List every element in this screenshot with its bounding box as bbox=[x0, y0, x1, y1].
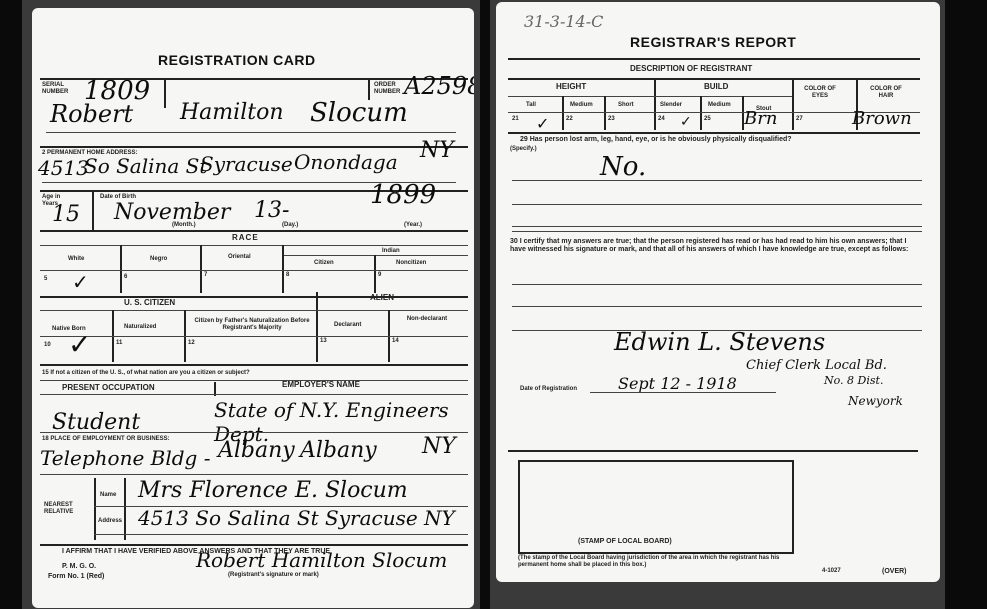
eyes-heading: COLOR OF EYES bbox=[802, 86, 838, 100]
form-code-1: P. M. G. O. bbox=[62, 563, 96, 570]
relative-name: Mrs Florence E. Slocum bbox=[138, 478, 408, 503]
hair-heading: COLOR OF HAIR bbox=[866, 86, 906, 100]
certify-text: 30 I certify that my answers are true; t… bbox=[510, 238, 922, 254]
build-heading: BUILD bbox=[704, 82, 728, 91]
fathers-naturalization-label: Citizen by Father's Naturalization Befor… bbox=[194, 318, 310, 332]
registrars-report-card: 31-3-14-C REGISTRAR'S REPORT DESCRIPTION… bbox=[496, 2, 940, 582]
registrar-signature: Edwin L. Stevens bbox=[614, 328, 825, 356]
place-state: NY bbox=[422, 434, 456, 459]
dob-day-label: (Day.) bbox=[282, 222, 298, 229]
address-state: NY bbox=[420, 138, 454, 163]
age-value: 15 bbox=[52, 202, 80, 227]
disability-answer: No. bbox=[600, 152, 646, 182]
disability-question: 29 Has person lost arm, leg, hand, eye, … bbox=[520, 136, 792, 143]
height-heading: HEIGHT bbox=[556, 82, 586, 91]
registrar-title-2: No. 8 Dist. bbox=[824, 374, 883, 387]
description-heading: DESCRIPTION OF REGISTRANT bbox=[630, 64, 752, 73]
non-declarant-label: Non-declarant bbox=[402, 316, 452, 323]
serial-label: SERIAL NUMBER bbox=[42, 82, 72, 96]
height-medium-label: Medium bbox=[570, 102, 593, 109]
form-code-2: Form No. 1 (Red) bbox=[48, 573, 104, 580]
place-label: 18 PLACE OF EMPLOYMENT OR BUSINESS: bbox=[42, 436, 170, 443]
address-street: So Salina St bbox=[84, 154, 207, 178]
date-value: Sept 12 - 1918 bbox=[618, 374, 737, 393]
report-title: REGISTRAR'S REPORT bbox=[630, 34, 796, 50]
registrant-signature: Robert Hamilton Slocum bbox=[196, 548, 447, 572]
place-county: Albany bbox=[300, 438, 377, 463]
build-medium-label: Medium bbox=[708, 102, 731, 109]
over-label: (OVER) bbox=[882, 568, 907, 575]
place-building: Telephone Bldg - bbox=[40, 446, 210, 470]
relative-name-label: Name bbox=[100, 492, 116, 499]
middle-name: Hamilton bbox=[180, 100, 284, 125]
signature-label: (Registrant's signature or mark) bbox=[228, 572, 319, 579]
dob-month-label: (Month.) bbox=[172, 222, 196, 229]
dob-year: 1899 bbox=[370, 180, 436, 210]
first-name: Robert bbox=[50, 100, 133, 128]
stamp-label: (STAMP OF LOCAL BOARD) bbox=[578, 538, 672, 545]
slender-label: Slender bbox=[660, 102, 682, 109]
slender-checkmark: ✓ bbox=[680, 114, 692, 130]
employer-label: EMPLOYER'S NAME bbox=[282, 380, 360, 389]
hair-color: Brown bbox=[852, 108, 912, 129]
last-name: Slocum bbox=[310, 98, 408, 128]
address-county: Onondaga bbox=[294, 150, 398, 174]
address-number: 4513 bbox=[38, 156, 89, 180]
us-citizen-heading: U. S. CITIZEN bbox=[124, 298, 175, 307]
white-checkmark: ✓ bbox=[72, 270, 89, 294]
place-city: Albany bbox=[218, 438, 295, 463]
date-label: Date of Registration bbox=[520, 386, 577, 393]
order-number: A2598 bbox=[404, 72, 474, 100]
footer-code: 4-1027 bbox=[822, 568, 841, 575]
tall-label: Tall bbox=[526, 102, 536, 109]
race-white-label: White bbox=[68, 256, 84, 263]
registrar-title-3: Newyork bbox=[848, 394, 903, 408]
tall-checkmark: ✓ bbox=[536, 114, 549, 133]
card-title: REGISTRATION CARD bbox=[158, 52, 316, 68]
registrar-title-1: Chief Clerk Local Bd. bbox=[746, 358, 887, 373]
naturalized-label: Naturalized bbox=[124, 324, 156, 331]
race-noncitizen-label: Noncitizen bbox=[396, 260, 426, 267]
address-city: Syracuse bbox=[200, 152, 293, 176]
native-born-checkmark: ✓ bbox=[68, 328, 91, 361]
dob-year-label: (Year.) bbox=[404, 222, 422, 229]
occupation-label: PRESENT OCCUPATION bbox=[62, 383, 155, 392]
relative-address-label: Address bbox=[98, 518, 122, 525]
stamp-note: (The stamp of the Local Board having jur… bbox=[518, 555, 794, 569]
order-label: ORDER NUMBER bbox=[374, 82, 402, 96]
indian-label: Indian bbox=[382, 248, 400, 255]
eye-color: Brn bbox=[744, 108, 777, 129]
dob-day: 13- bbox=[254, 198, 289, 223]
registration-card: REGISTRATION CARD SERIAL NUMBER 1809 ORD… bbox=[32, 8, 474, 608]
stamp-code: 31-3-14-C bbox=[524, 12, 603, 31]
race-heading: RACE bbox=[232, 233, 259, 242]
nation-question: 15 If not a citizen of the U. S., of wha… bbox=[42, 370, 250, 377]
declarant-label: Declarant bbox=[334, 322, 361, 329]
alien-heading: ALIEN bbox=[370, 293, 394, 302]
race-oriental-label: Oriental bbox=[228, 254, 251, 261]
relative-address: 4513 So Salina St Syracuse NY bbox=[138, 506, 455, 530]
short-label: Short bbox=[618, 102, 634, 109]
specify-label: (Specify.) bbox=[510, 146, 537, 153]
race-citizen-label: Citizen bbox=[314, 260, 334, 267]
race-negro-label: Negro bbox=[150, 256, 167, 263]
nearest-relative-label: NEAREST RELATIVE bbox=[44, 502, 88, 516]
